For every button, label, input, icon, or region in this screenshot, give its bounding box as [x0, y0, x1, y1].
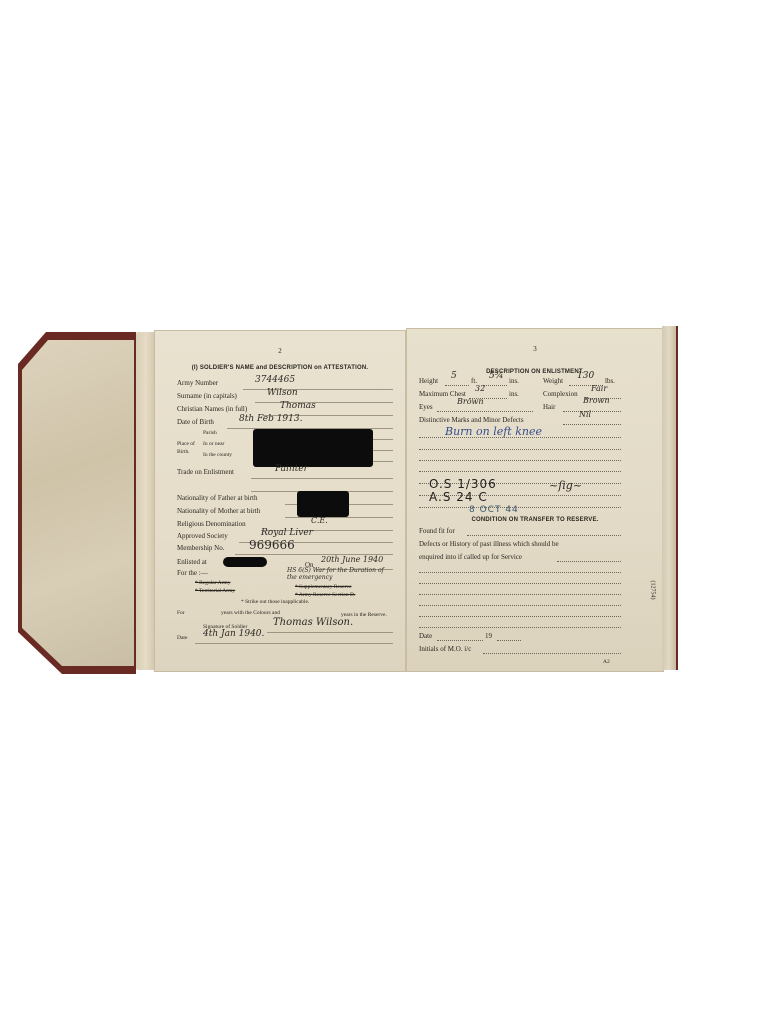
- officer-signature: ~ſig~: [549, 479, 582, 492]
- surname-value: Wilson: [267, 388, 298, 398]
- weight-value: 130: [577, 371, 594, 381]
- marks-note: Burn on left knee: [445, 425, 542, 438]
- mother-nationality-label: Nationality of Mother at birth: [177, 507, 260, 515]
- page-heading: DESCRIPTION ON ENLISTMENT.: [407, 369, 663, 375]
- spine: [136, 332, 156, 670]
- for-the-value: HS 6(S) War for the Duration of the emer…: [287, 567, 387, 581]
- stamp-line-1: O.S 1/306: [429, 477, 497, 491]
- height-in-value: 5¾: [489, 371, 503, 381]
- page-number: 3: [407, 345, 663, 353]
- enlisted-on-value: 20th June 1940: [321, 555, 383, 564]
- page-heading: (I) SOLDIER'S NAME and DESCRIPTION on AT…: [155, 365, 405, 371]
- membership-value: 969666: [249, 538, 295, 552]
- place-of-birth-label: Place of Birth.: [177, 440, 199, 456]
- signature-value: Thomas Wilson.: [273, 617, 353, 628]
- page-edges: [662, 326, 678, 670]
- enlisted-at-label: Enlisted at: [177, 558, 207, 566]
- stamp-date: 8 OCT 44: [469, 505, 519, 515]
- reserve-heading: CONDITION ON TRANSFER TO RESERVE.: [407, 517, 663, 523]
- christian-names-label: Christian Names (in full): [177, 405, 247, 413]
- army-number-label: Army Number: [177, 379, 218, 387]
- membership-label: Membership No.: [177, 544, 224, 552]
- dob-label: Date of Birth: [177, 418, 214, 426]
- right-page: 3 DESCRIPTION ON ENLISTMENT. Height 5 ft…: [406, 328, 664, 672]
- chest-value: 32: [475, 384, 485, 393]
- stamp-line-2: A.S 24 C: [429, 490, 488, 504]
- height-ft-value: 5: [451, 371, 457, 381]
- edge-code: (12754): [650, 581, 656, 600]
- date-value: 4th Jan 1940.: [203, 629, 264, 639]
- redaction-enlisted-at: [223, 557, 267, 567]
- marks-value: Nil: [579, 410, 591, 419]
- christian-names-value: Thomas: [280, 401, 316, 411]
- surname-label: Surname (in capitals): [177, 392, 237, 400]
- trade-label: Trade on Enlistment: [177, 468, 234, 476]
- strike-note: * Strike out those inapplicable.: [241, 599, 309, 605]
- service-book: 2 (I) SOLDIER'S NAME and DESCRIPTION on …: [18, 326, 680, 676]
- trade-value: Painter: [275, 464, 308, 474]
- redaction-nationality: [297, 491, 349, 517]
- approved-society-label: Approved Society: [177, 532, 228, 540]
- religion-value: C.E.: [311, 516, 328, 525]
- footer-mark: A2: [603, 659, 610, 665]
- hair-value: Brown: [583, 396, 610, 405]
- father-nationality-label: Nationality of Father at birth: [177, 494, 257, 502]
- army-number-value: 3744465: [255, 375, 295, 385]
- dob-value: 8th Feb 1913.: [239, 414, 302, 424]
- left-page: 2 (I) SOLDIER'S NAME and DESCRIPTION on …: [154, 330, 406, 672]
- page-number: 2: [155, 347, 405, 355]
- complexion-value: Fair: [591, 384, 607, 393]
- approved-society-value: Royal Liver: [261, 528, 313, 538]
- date-label: Date: [177, 635, 187, 641]
- religion-label: Religious Denomination: [177, 520, 246, 528]
- redaction-birthplace: [253, 429, 373, 467]
- cover-flap-lining: [22, 340, 134, 666]
- for-the-label: For the :—: [177, 569, 208, 577]
- eyes-value: Brown: [457, 397, 484, 406]
